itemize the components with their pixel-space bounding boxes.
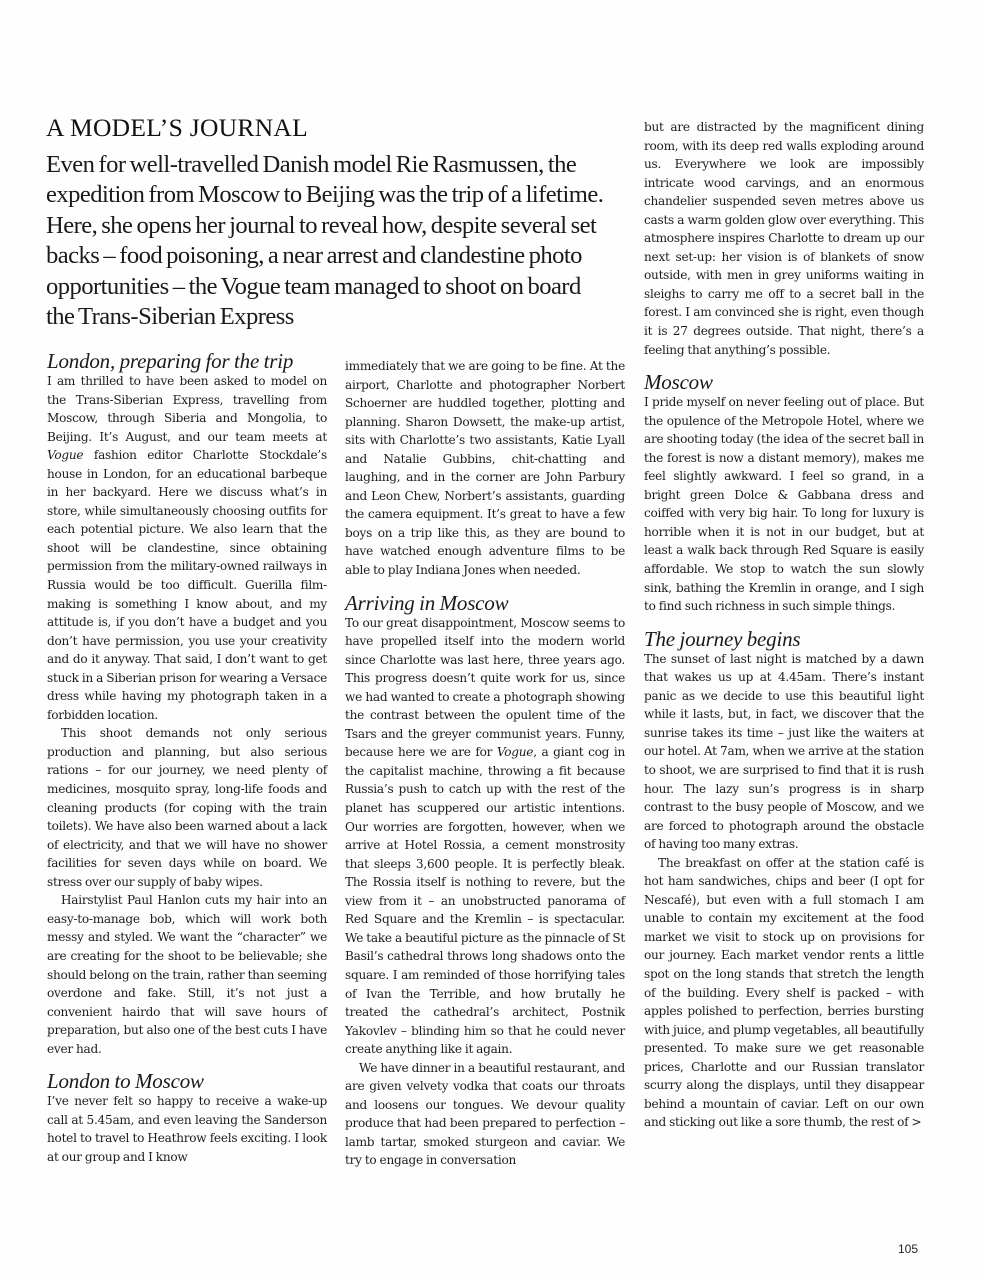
article-title: A MODEL’S JOURNAL xyxy=(46,113,308,143)
paragraph-continued: but are distracted by the magnificent di… xyxy=(644,118,924,359)
column-1: London, preparing for the trip I am thri… xyxy=(47,350,327,1166)
section-heading-arriving-moscow: Arriving in Moscow xyxy=(345,592,625,614)
article-standfirst: Even for well-travelled Danish model Rie… xyxy=(46,150,606,332)
text-run: I am thrilled to have been asked to mode… xyxy=(47,374,327,444)
paragraph-continued: immediately that we are going to be fine… xyxy=(345,357,625,580)
paragraph: This shoot demands not only serious prod… xyxy=(47,724,327,891)
paragraph: I am thrilled to have been asked to mode… xyxy=(47,372,327,724)
paragraph: To our great disappointment, Moscow seem… xyxy=(345,614,625,1059)
paragraph: The sunset of last night is matched by a… xyxy=(644,650,924,854)
column-3: but are distracted by the magnificent di… xyxy=(644,118,924,1132)
paragraph: I pride myself on never feeling out of p… xyxy=(644,393,924,616)
section-heading-london-to-moscow: London to Moscow xyxy=(47,1070,327,1092)
paragraph: I’ve never felt so happy to receive a wa… xyxy=(47,1092,327,1166)
section-heading-journey-begins: The journey begins xyxy=(644,628,924,650)
section-heading-moscow: Moscow xyxy=(644,371,924,393)
paragraph: The breakfast on offer at the station ca… xyxy=(644,854,924,1132)
paragraph: We have dinner in a beautiful restaurant… xyxy=(345,1059,625,1170)
page-number: 105 xyxy=(898,1242,918,1256)
column-2: immediately that we are going to be fine… xyxy=(345,357,625,1170)
text-run: , a giant cog in the capitalist machine,… xyxy=(345,745,625,1056)
publication-name: Vogue xyxy=(497,745,533,759)
paragraph: Hairstylist Paul Hanlon cuts my hair int… xyxy=(47,891,327,1058)
text-run: fashion editor Charlotte Stockdale’s hou… xyxy=(47,448,327,722)
publication-name: Vogue xyxy=(47,448,83,462)
text-run: To our great disappointment, Moscow seem… xyxy=(345,616,625,760)
section-heading-london-preparing: London, preparing for the trip xyxy=(47,350,327,372)
